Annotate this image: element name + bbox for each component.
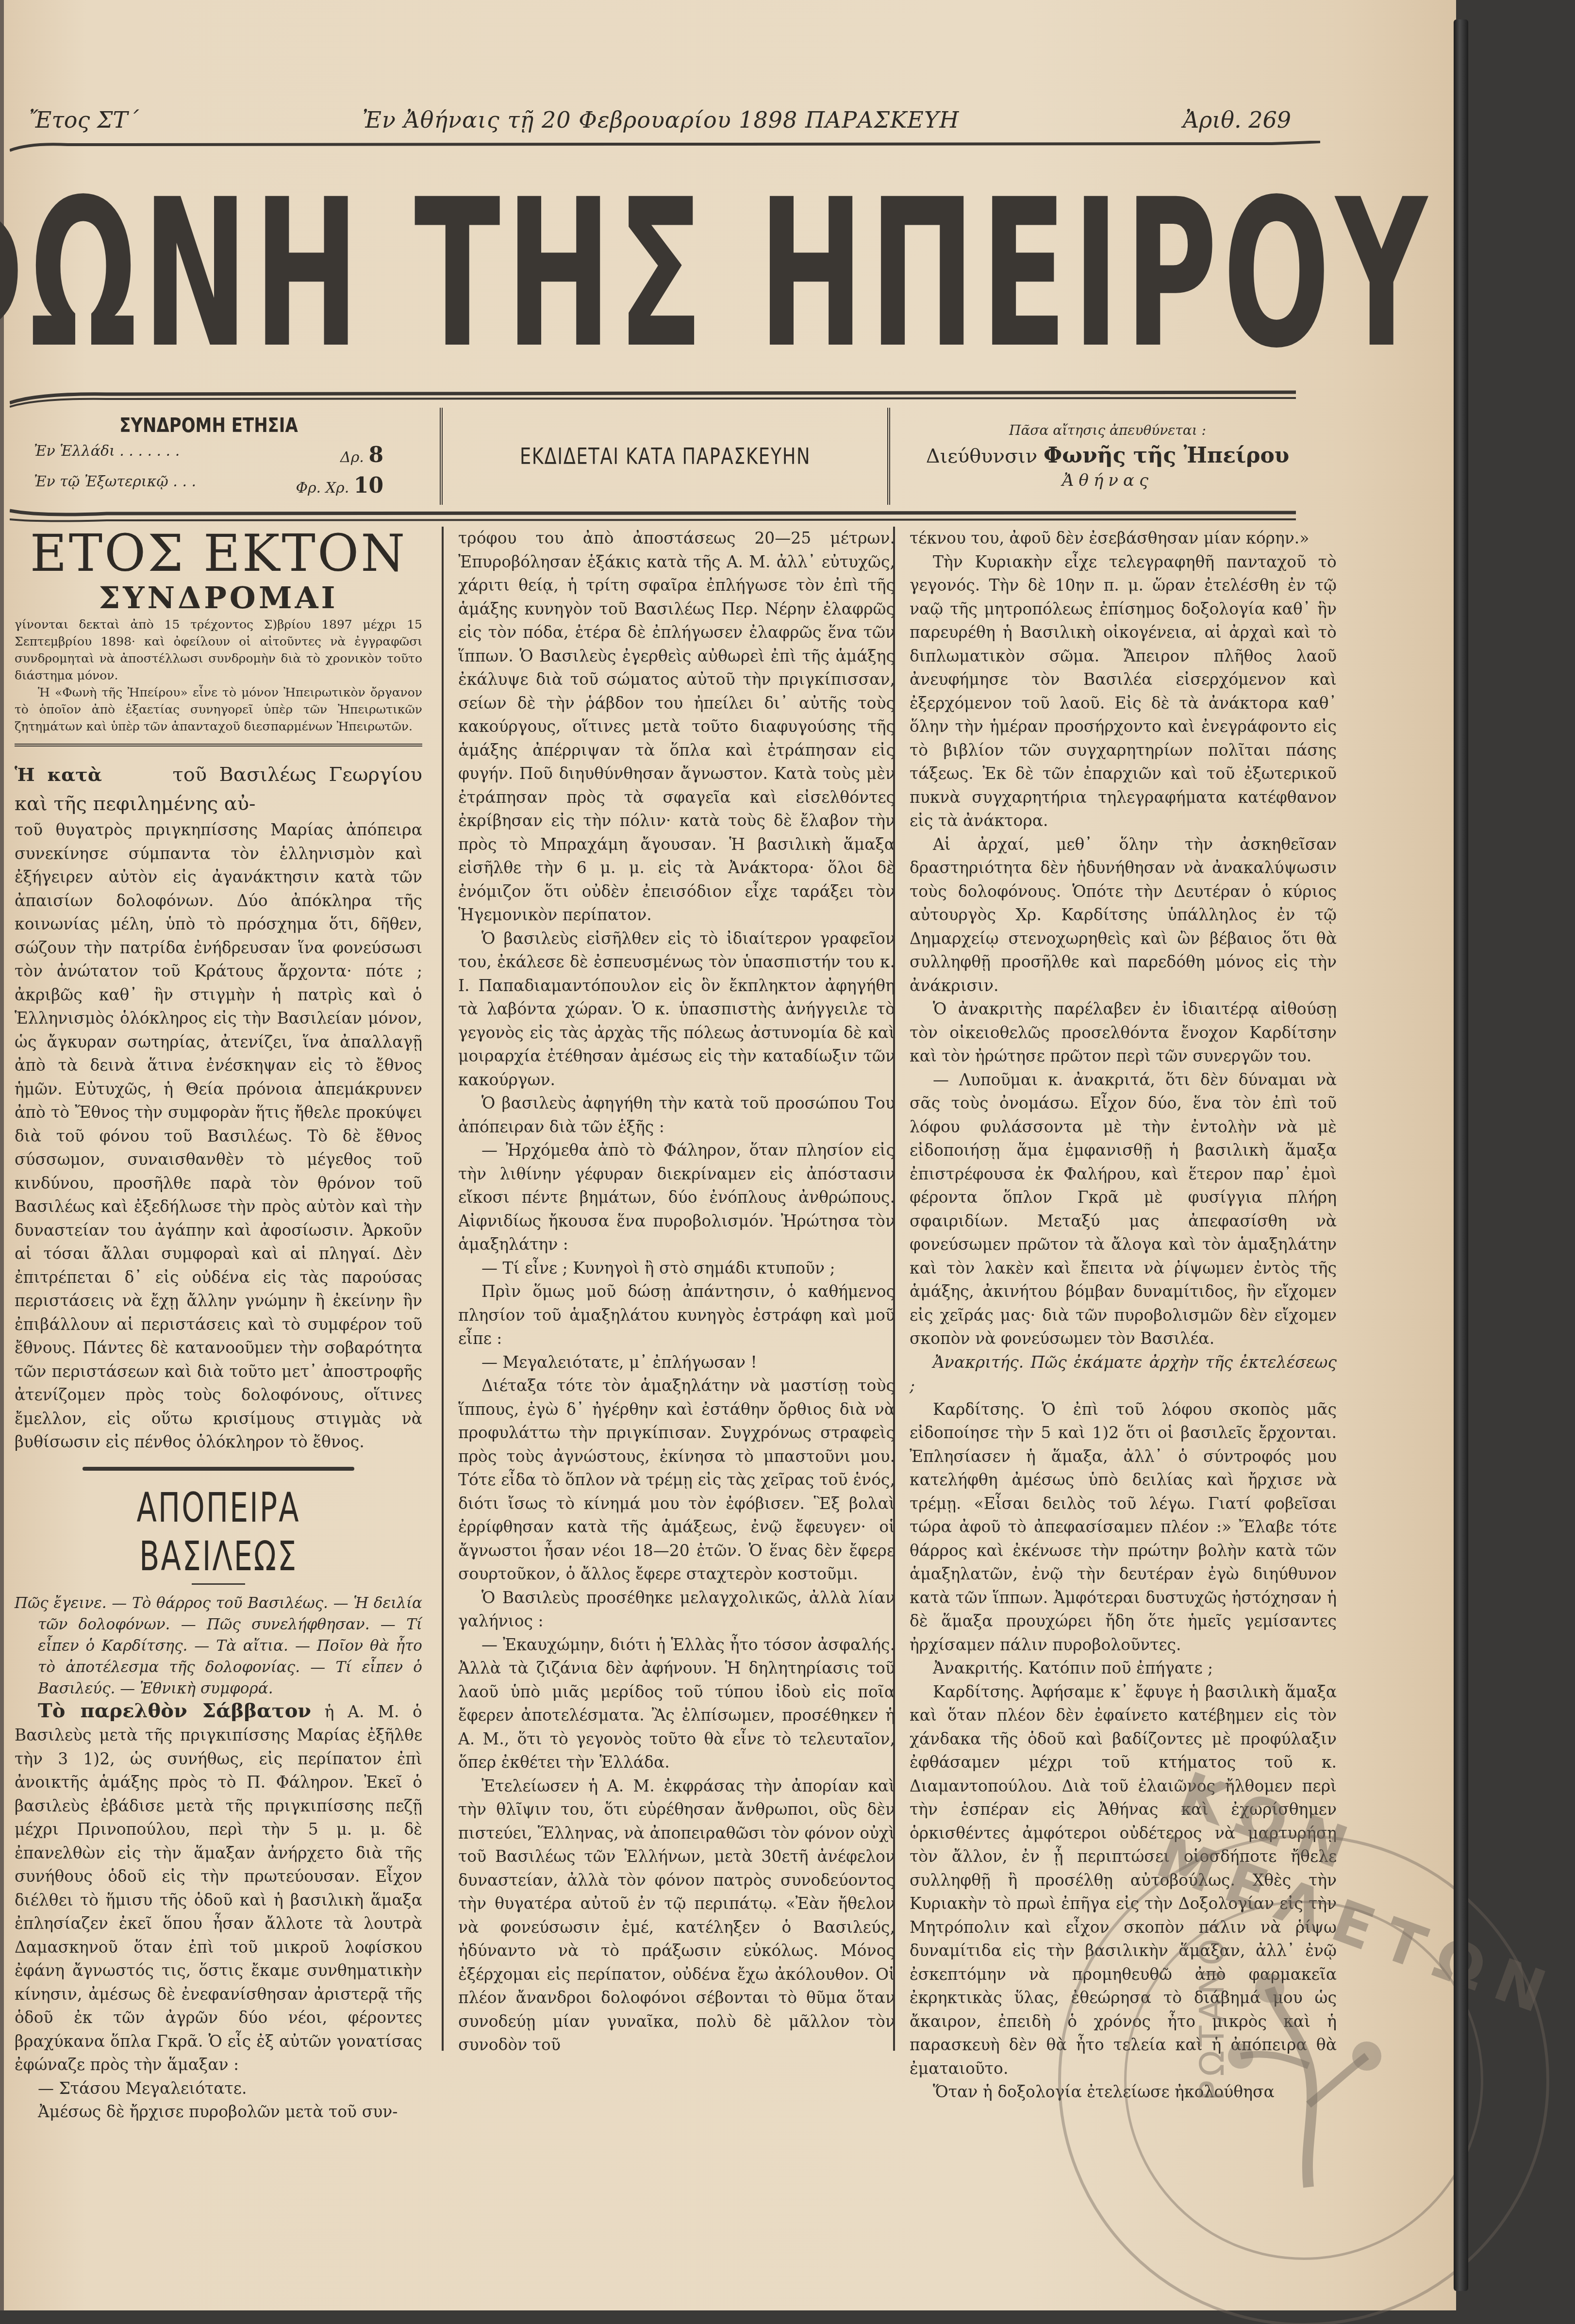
subscription-unit: Δρ.	[340, 449, 364, 466]
info-bar: ΣΥΝΔΡΟΜΗ ΕΤΗΣΙΑ Ἐν Ἑλλάδι . . . . . . . …	[15, 408, 1325, 505]
header-rule-top	[10, 141, 1320, 152]
publication-schedule: ΕΚΔΙΔΕΤΑΙ ΚΑΤΑ ΠΑΡΑΣΚΕΥΗΝ	[520, 443, 811, 469]
subscription-box: ΣΥΝΔΡΟΜΗ ΕΤΗΣΙΑ Ἐν Ἑλλάδι . . . . . . . …	[15, 408, 440, 505]
subscription-label: Ἐν Ἑλλάδι . . . . . . .	[34, 443, 180, 467]
paragraph: Καρδίτσης. Ὁ ἐπὶ τοῦ λόφου σκοπὸς μᾶς εἰ…	[910, 1398, 1337, 1657]
paragraph: Πρὶν ὅμως μοῦ δώσῃ ἀπάντησιν, ὁ καθήμενο…	[458, 1280, 895, 1351]
address-city: Ἀθήνας	[1062, 471, 1153, 490]
editorial-lead: Ἡ κατὰ τοῦ Βασιλέως Γεωργίου καὶ τῆς πεφ…	[15, 760, 422, 818]
paragraph: τρόφου του ἀπὸ ἀποστάσεως 20—25 μέτρων. …	[458, 527, 895, 927]
paragraph: Ἐτελείωσεν ἡ Α. Μ. ἐκφράσας τὴν ἀπορίαν …	[458, 1775, 895, 2057]
subscription-row-domestic: Ἐν Ἑλλάδι . . . . . . . Δρ. 8	[34, 443, 383, 467]
paragraph: — Ἐκαυχώμην, διότι ἡ Ἑλλὰς ἦτο τόσον ἀσφ…	[458, 1633, 895, 1775]
paragraph: — Λυποῦμαι κ. ἀνακριτά, ὅτι δὲν δύναμαι …	[910, 1068, 1337, 1351]
paragraph: Ὁ βασιλεὺς εἰσῆλθεν εἰς τὸ ἰδιαίτερον γρ…	[458, 927, 895, 1092]
article-heading: ΑΠΟΠΕΙΡΑ ΒΑΣΙΛΕΩΣ	[72, 1483, 365, 1580]
subscription-amount: 10	[354, 473, 383, 498]
header-topline: Ἔτος ΣΤ΄ Ἐν Ἀθήναις τῇ 20 Φεβρουαρίου 18…	[29, 107, 1291, 141]
article-body-text: ἡ Α. Μ. ὁ Βασιλεὺς μετὰ τῆς πριγκιπίσσης…	[15, 1702, 422, 2075]
dateline: Ἐν Ἀθήναις τῇ 20 Φεβρουαρίου 1898 ΠΑΡΑΣΚ…	[363, 107, 960, 133]
ornamental-divider	[83, 1467, 354, 1471]
subscription-title: ΣΥΝΔΡΟΜΗ ΕΤΗΣΙΑ	[60, 415, 357, 437]
section-divider	[15, 744, 422, 747]
address-name: Φωνῆς τῆς Ἠπείρου	[1044, 443, 1289, 468]
paragraph: Ἀνακριτής. Κατόπιν ποῦ ἐπήγατε ;	[910, 1657, 1337, 1680]
year-label: Ἔτος ΣΤ΄	[29, 107, 139, 133]
address-prefix: Διεύθυνσιν	[926, 445, 1038, 467]
heading-underline	[192, 1583, 245, 1585]
article-quote: — Στάσου Μεγαλειότατε.	[15, 2077, 422, 2101]
masthead-rule-bottom	[10, 388, 1320, 408]
issue-number: Ἀριθ. 269	[1183, 107, 1291, 133]
subscription-amount: 8	[368, 443, 383, 467]
editorial-body: τοῦ θυγατρὸς πριγκηπίσσης Μαρίας ἀπόπειρ…	[15, 818, 422, 1454]
article-continuation: Ἀμέσως δὲ ἤρχισε πυροβολῶν μετὰ τοῦ συν-	[15, 2100, 422, 2124]
paragraph: Ὁ ἀνακριτὴς παρέλαβεν ἐν ἰδιαιτέρᾳ αἰθού…	[910, 997, 1337, 1068]
subscription-row-abroad: Ἐν τῷ Ἐξωτερικῷ . . . Φρ. Χρ. 10	[34, 473, 383, 498]
article-body: Τὸ παρελθὸν Σάββατον ἡ Α. Μ. ὁ Βασιλεὺς …	[15, 1699, 422, 2077]
paragraph: — Τί εἶνε ; Κυνηγοὶ ἢ στὸ σημάδι κτυποῦν…	[458, 1257, 895, 1280]
paragraph: Αἱ ἀρχαί, μεθ᾿ ὅλην τὴν ἀσκηθεῖσαν δραστ…	[910, 833, 1337, 998]
book-binding-edge	[1454, 19, 1468, 2291]
publication-schedule-box: ΕΚΔΙΔΕΤΑΙ ΚΑΤΑ ΠΑΡΑΣΚΕΥΗΝ	[440, 408, 890, 505]
paragraph: Ἀνακριτής. Πῶς ἐκάματε ἀρχὴν τῆς ἐκτελέσ…	[910, 1351, 1337, 1398]
paragraph: Ὁ Βασιλεὺς προσέθηκε μελαγχολικῶς, ἀλλὰ …	[458, 1586, 895, 1633]
paragraph: — Ἠρχόμεθα ἀπὸ τὸ Φάληρον, ὅταν πλησίον …	[458, 1139, 895, 1257]
column-left: ΕΤΟΣ ΕΚΤΟΝ ΣΥΝΔΡΟΜΑΙ γίνονται δεκταὶ ἀπὸ…	[15, 527, 422, 2225]
address-box: Πᾶσα αἴτησις ἀπευθύνεται : Διεύθυνσιν Φω…	[890, 408, 1325, 505]
subscription-notice: γίνονται δεκταὶ ἀπὸ 15 τρέχοντος Σ)βρίου…	[15, 616, 422, 684]
library-stamp: ΚΩΝ ΜΕΛΕΤΩΝ ΡΩΤΑΝΟ	[1058, 1835, 1549, 2324]
article-lead-bold: Τὸ παρελθὸν Σάββατον	[38, 1699, 311, 1722]
article-summary: Πῶς ἔγεινε. — Τὸ θάρρος τοῦ Βασιλέως. — …	[15, 1593, 422, 1699]
subscription-label: Ἐν τῷ Ἐξωτερικῷ . . .	[34, 473, 196, 498]
editorial-lead-bold: Ἡ κατὰ	[15, 764, 102, 785]
infobar-rule-bottom	[10, 505, 1320, 524]
address-note: Πᾶσα αἴτησις ἀπευθύνεται :	[1009, 422, 1206, 438]
paragraph: Ὁ βασιλεὺς ἀφηγήθη τὴν κατὰ τοῦ προσώπου…	[458, 1092, 895, 1139]
paragraph: τέκνου του, ἀφοῦ δὲν ἐσεβάσθησαν μίαν κό…	[910, 527, 1337, 550]
subscriptions-heading: ΣΥΝΔΡΟΜΑΙ	[15, 580, 422, 616]
paragraph: — Μεγαλειότατε, μ᾿ ἐπλήγωσαν !	[458, 1351, 895, 1375]
paper-description: Ἡ «Φωνὴ τῆς Ἠπείρου» εἶνε τὸ μόνον Ἠπειρ…	[15, 684, 422, 735]
paragraph: Τὴν Κυριακὴν εἶχε τελεγραφηθῆ πανταχοῦ τ…	[910, 550, 1337, 833]
column-middle: τρόφου του ἀπὸ ἀποστάσεως 20—25 μέτρων. …	[442, 527, 895, 2051]
subscription-unit: Φρ. Χρ.	[296, 480, 349, 497]
newspaper-page: Ἔτος ΣΤ΄ Ἐν Ἀθήναις τῇ 20 Φεβρουαρίου 18…	[0, 0, 1456, 2310]
year-heading: ΕΤΟΣ ΕΚΤΟΝ	[15, 527, 422, 580]
address-line: Διεύθυνσιν Φωνῆς τῆς Ἠπείρου	[926, 443, 1290, 468]
tree-emblem-icon	[1221, 1959, 1396, 2192]
masthead-title: ΦΩΝΗ ΤΗΣ ΗΠΕΙΡΟΥ	[359, 160, 991, 388]
paragraph: Διέταξα τότε τὸν ἁμαξηλάτην νὰ μαστίσῃ τ…	[458, 1374, 895, 1586]
